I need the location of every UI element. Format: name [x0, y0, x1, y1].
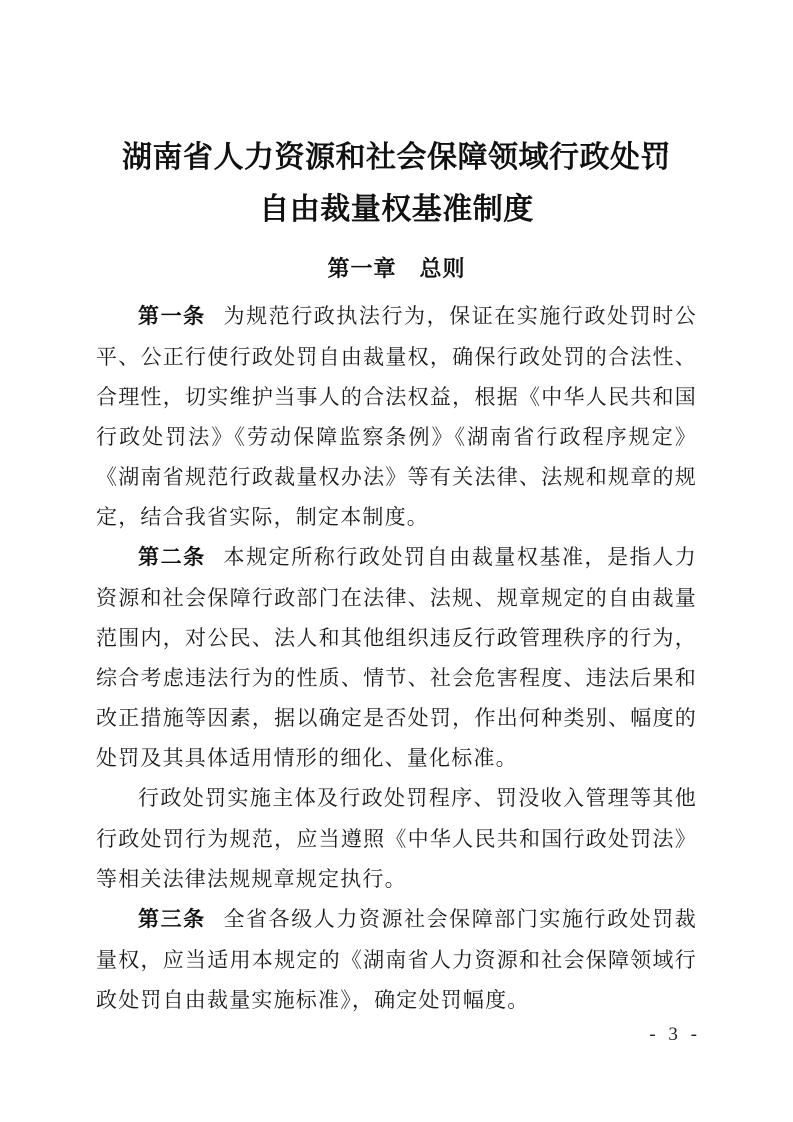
article-1-text: 为规范行政执法行为，保证在实施行政处罚时公平、公正行使行政处罚自由裁量权，确保行… — [96, 304, 697, 529]
page-number: - 3 - — [649, 1024, 701, 1046]
article-2-text: 本规定所称行政处罚自由裁量权基准，是指人力资源和社会保障行政部门在法律、法规、规… — [96, 545, 697, 770]
article-2-label: 第二条 — [138, 546, 206, 569]
document-title: 湖南省人力资源和社会保障领域行政处罚 自由裁量权基准制度 — [0, 0, 793, 236]
document-page: 湖南省人力资源和社会保障领域行政处罚 自由裁量权基准制度 第一章 总则 第一条为… — [0, 0, 793, 1122]
paragraph-article-2-continuation: 行政处罚实施主体及行政处罚程序、罚没收入管理等其他行政处罚行为规范，应当遵照《中… — [96, 778, 697, 899]
paragraph-article-3: 第三条全省各级人力资源社会保障部门实施行政处罚裁量权，应当适用本规定的《湖南省人… — [96, 899, 697, 1020]
article-2-continuation-text: 行政处罚实施主体及行政处罚程序、罚没收入管理等其他行政处罚行为规范，应当遵照《中… — [96, 786, 697, 891]
document-title-line-1: 湖南省人力资源和社会保障领域行政处罚 — [0, 132, 793, 184]
paragraph-article-2: 第二条本规定所称行政处罚自由裁量权基准，是指人力资源和社会保障行政部门在法律、法… — [96, 537, 697, 778]
document-title-line-2: 自由裁量权基准制度 — [0, 184, 793, 236]
article-3-label: 第三条 — [138, 908, 206, 931]
paragraph-article-1: 第一条为规范行政执法行为，保证在实施行政处罚时公平、公正行使行政处罚自由裁量权，… — [96, 296, 697, 537]
chapter-heading: 第一章 总则 — [0, 252, 793, 286]
document-body: 第一条为规范行政执法行为，保证在实施行政处罚时公平、公正行使行政处罚自由裁量权，… — [96, 296, 697, 1020]
article-1-label: 第一条 — [138, 305, 206, 328]
